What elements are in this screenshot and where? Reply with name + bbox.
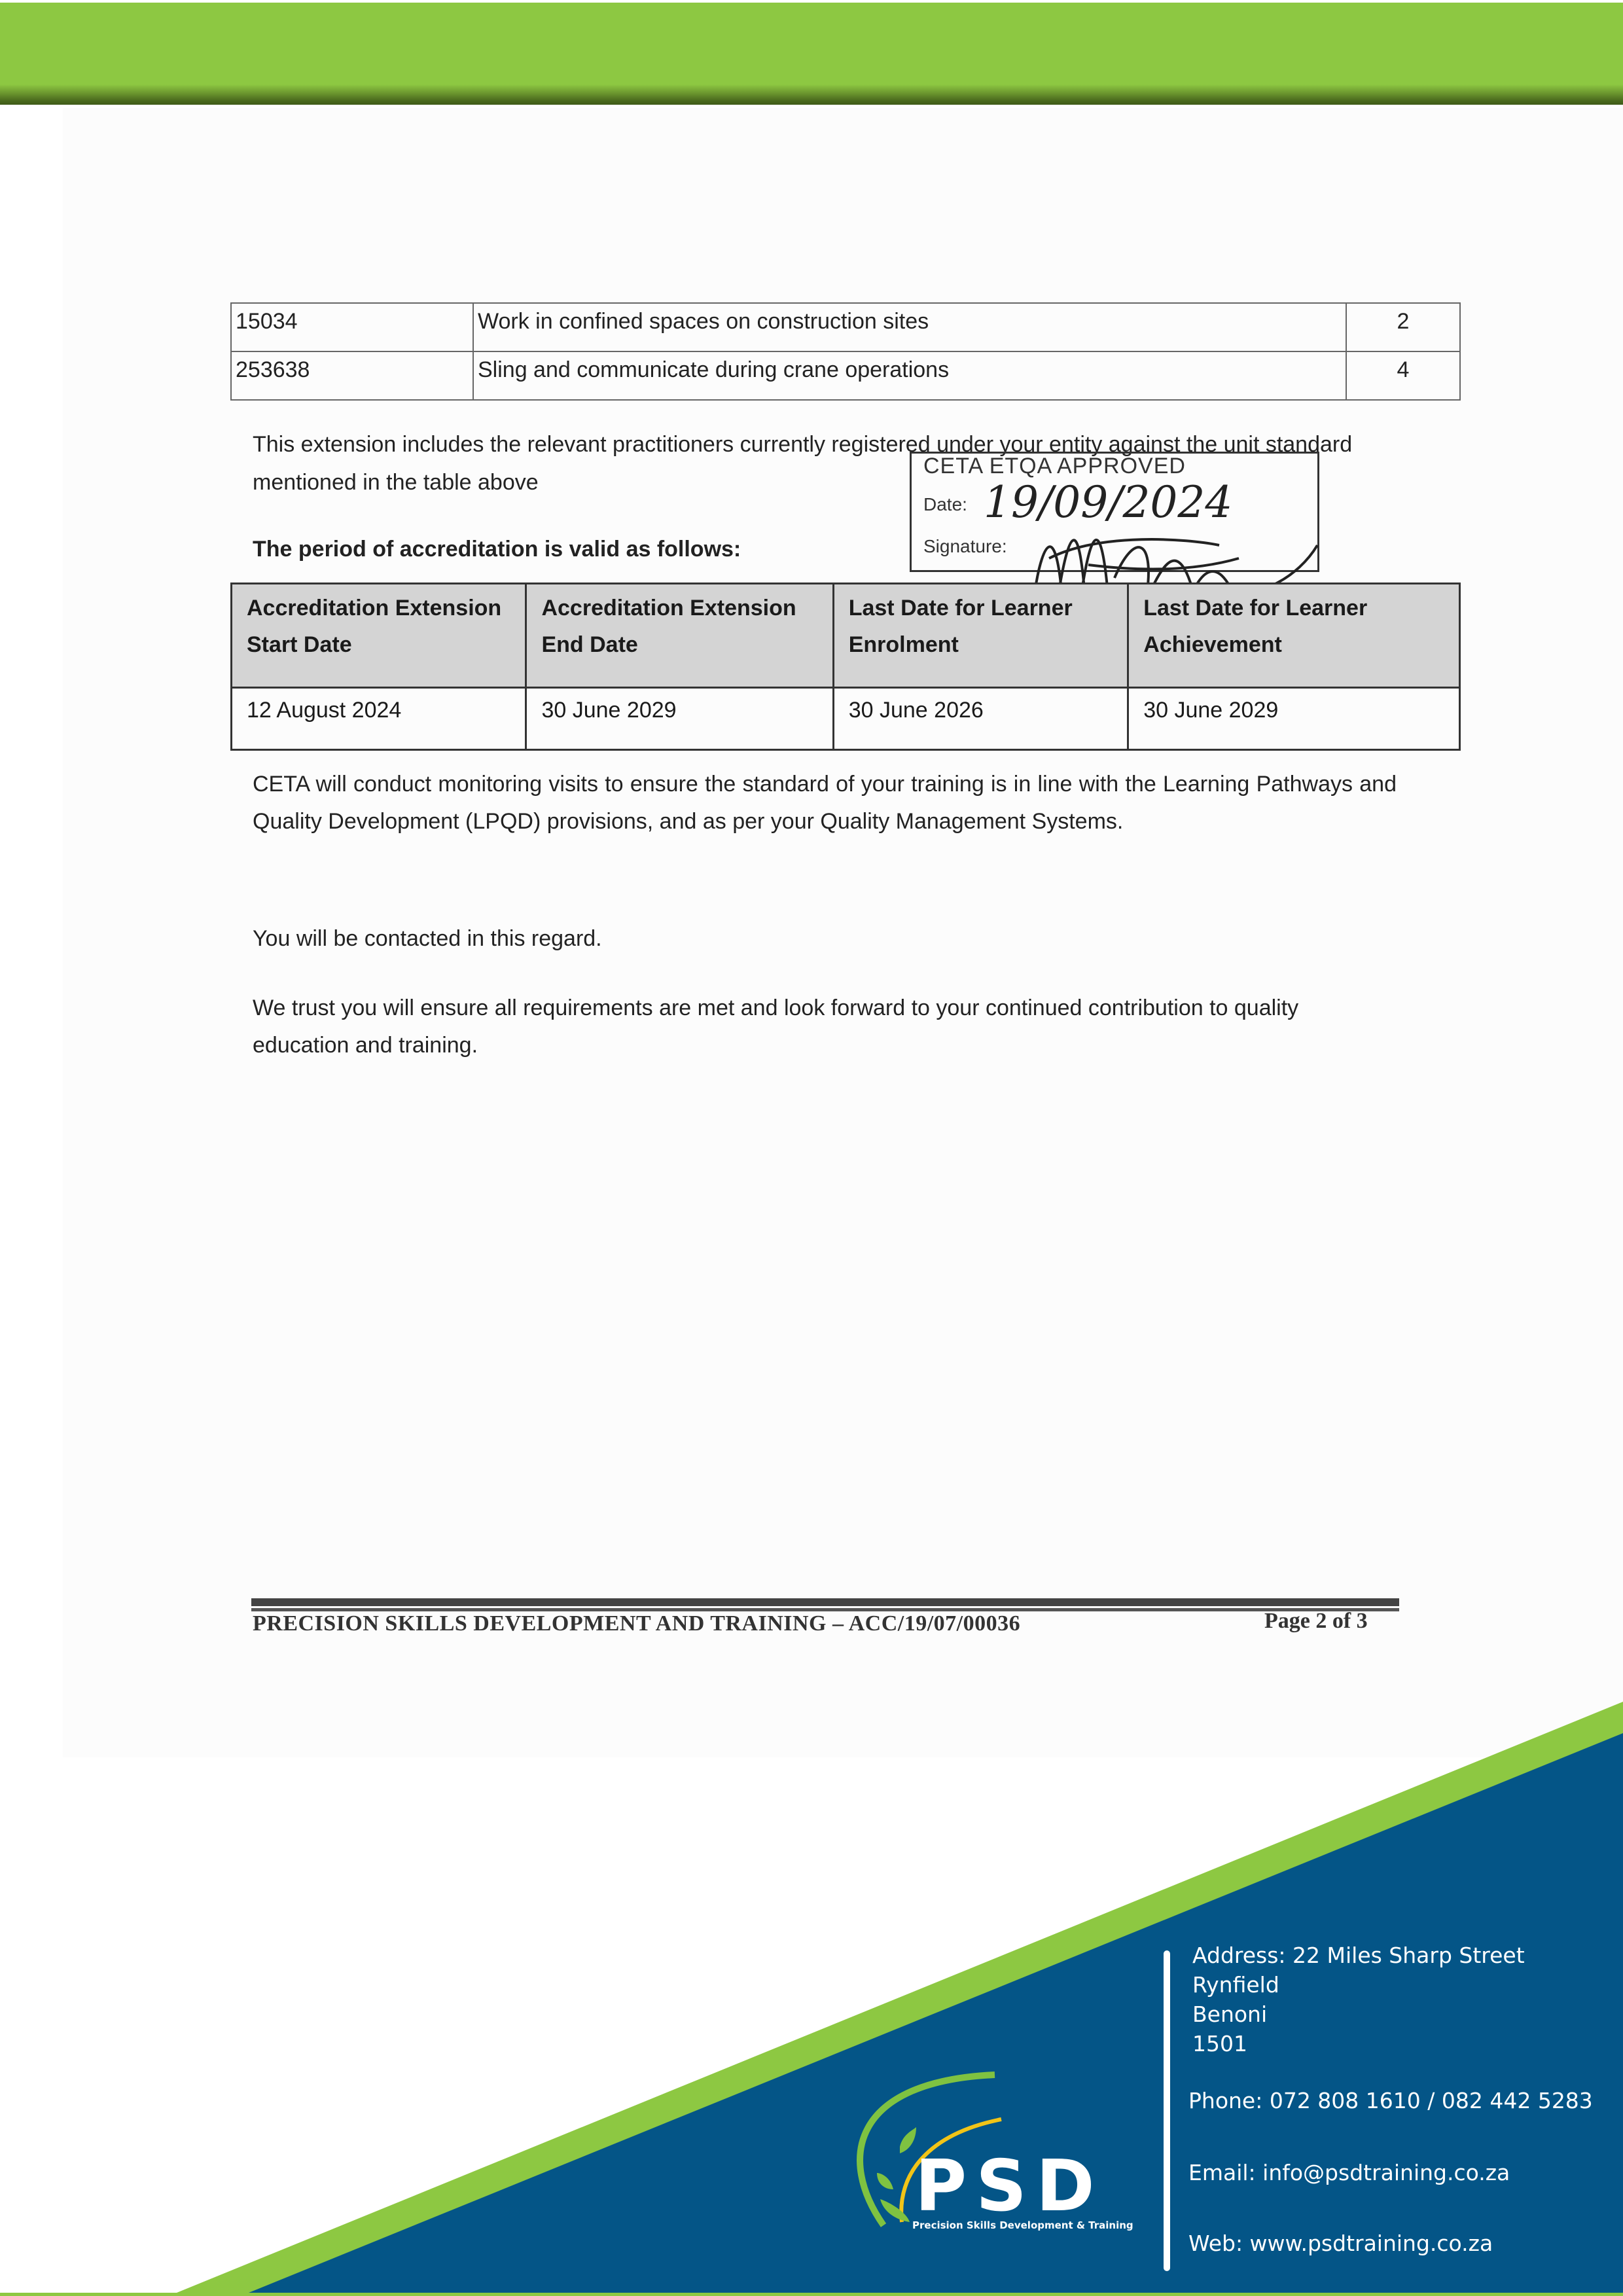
phone-number: Phone: 072 808 1610 / 082 442 5283 (1188, 2086, 1593, 2115)
address-line: Benoni (1192, 2000, 1525, 2029)
psd-logo-text: PSD (915, 2145, 1104, 2227)
contact-divider (1164, 1950, 1170, 2271)
email-address[interactable]: Email: info@psdtraining.co.za (1188, 2158, 1510, 2187)
website-link[interactable]: Web: www.psdtraining.co.za (1188, 2229, 1493, 2258)
address-block: Address: 22 Miles Sharp Street Rynfield … (1192, 1941, 1525, 2058)
address-line: 1501 (1192, 2029, 1525, 2058)
address-line: Address: 22 Miles Sharp Street (1192, 1941, 1525, 1970)
address-line: Rynfield (1192, 1970, 1525, 2000)
psd-logo-tagline: Precision Skills Development & Training (912, 2219, 1133, 2231)
